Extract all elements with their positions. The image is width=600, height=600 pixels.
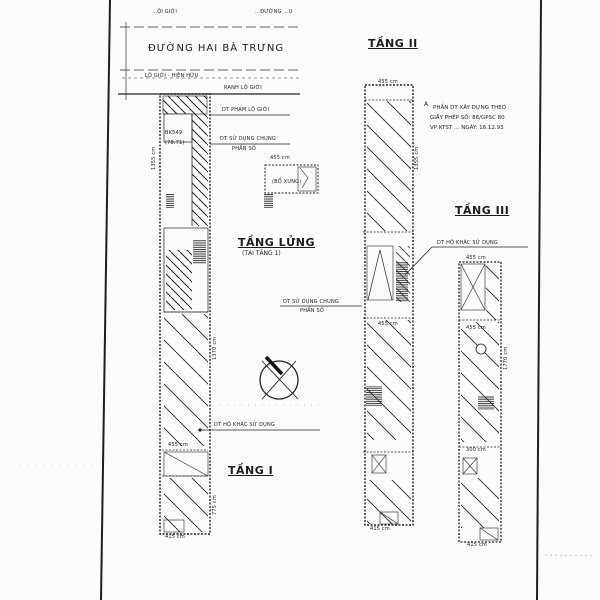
dim-tang-3-bottom: 415 cm [467, 543, 487, 548]
title-tang-lung: TẦNG LỬNG [238, 237, 315, 248]
label-su-dung-chung-1-sub: PHẦN SỐ [232, 147, 256, 152]
page-border-left [101, 0, 110, 600]
north-arrow-icon [260, 357, 298, 399]
top-right-label: …ĐƯỜNG …U [255, 10, 292, 15]
permit-line-2: GIẤY PHÉP SỐ: 86/GPSC 80 [430, 114, 505, 123]
permit-line-3: VP KTST … NGÀY: 16.12.93 [430, 124, 504, 133]
dim-tang-1-rear: 1370 cm [213, 337, 218, 360]
dim-tang-2-length: 1355 cm [415, 147, 420, 170]
dim-tang-3-lower: 300 cm [466, 448, 486, 453]
page-border-right [537, 0, 541, 600]
permit-marker: A [424, 102, 428, 108]
label-su-dung-chung-1: DT SỬ DỤNG CHUNG [220, 137, 276, 142]
label-bo-xung: (BỔ XUNG) [272, 180, 301, 185]
label-su-dung-chung-2: DT SỬ DỤNG CHUNG [283, 300, 339, 305]
title-tang-3: TẦNG III [455, 205, 509, 216]
street-name: ĐƯỜNG HAI BÀ TRƯNG [148, 44, 284, 54]
label-ho-khac-su-dung-2: DT HỘ KHÁC SỬ DỤNG [437, 241, 498, 246]
dim-tang-3-top: 455 cm [466, 256, 486, 261]
lot-area: (78.71) [165, 141, 185, 146]
floor-plan-tang-lung [264, 165, 318, 208]
floor-plan-tang-1 [160, 94, 210, 534]
dim-tang-2-mid: 455 cm [378, 322, 398, 327]
dim-tang-3-length: 1770 cm [504, 347, 509, 370]
label-su-dung-chung-2-sub: PHẦN SỐ [300, 309, 324, 314]
label-pham-lo-gioi: DT PHẠM LỘ GIỚI [222, 108, 269, 113]
boundary-label: RANH LỘ GIỚI [224, 86, 262, 91]
dim-tang-3-mid: 455 cm [466, 326, 486, 331]
lot-code: BK549 [165, 131, 182, 136]
dim-tang-1-bottom: 415 cm [165, 535, 185, 540]
floor-plan-tang-3 [459, 262, 501, 542]
floor-plan-tang-2 [363, 85, 413, 525]
label-ho-khac-su-dung-1: DT HỘ KHÁC SỬ DỤNG [214, 423, 275, 428]
dim-tang-1-tail: 775 cm [213, 495, 218, 515]
setback-label: LỘ GIỚI · HIỆN HỮU [145, 74, 199, 79]
dim-tang-2-top: 455 cm [378, 80, 398, 85]
permit-line-1: PHẦN DT XÂY DỰNG THEO [433, 104, 506, 113]
top-left-label: …ỘI GIỚI [152, 10, 177, 15]
dim-tang-1-length: 1355 cm [152, 147, 157, 170]
subtitle-tang-lung: (TẠI TẦNG 1) [242, 251, 281, 257]
dim-mezzanine-width: 455 cm [270, 156, 290, 161]
dim-tang-1-mid: 455 cm [168, 443, 188, 448]
dim-tang-2-bottom: 415 cm [370, 527, 390, 532]
title-tang-2: TẦNG II [368, 38, 418, 49]
title-tang-1: TẦNG I [228, 465, 273, 476]
